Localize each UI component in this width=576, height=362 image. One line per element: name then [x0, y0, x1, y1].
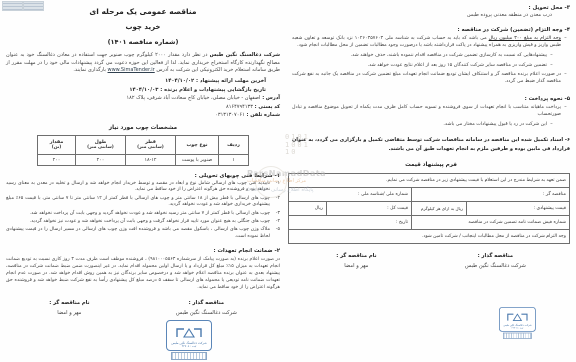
opening-date-value: ۱۴۰۴/۱۰/۰۳ — [129, 87, 158, 93]
price-proposal-form: ضمن تعهد به شرایط مندرج در این استعلام ب… — [288, 173, 570, 244]
phone-line: شماره تلفن : ۰۳۱۳۱۳۰۷۰۶۱ — [6, 112, 280, 118]
section1-item: ۵-ملاک وزن چوب های ارسالی ، باسکول مقصد … — [6, 227, 280, 241]
employer-label: مناقصه گذار : — [465, 253, 526, 259]
stamp-logo-icon — [175, 327, 203, 338]
signature-row-right-page: مناقصه گذار : شرکت ذغالسنگ نگین طبس نام … — [292, 253, 570, 269]
signature-row-left-page: مناقصه گذار : شرکت ذغالسنگ نگین طبس نام … — [6, 300, 280, 316]
spec-header-row: ردیف نوع چوب قطر(سانتی متر) طول(سانتی مت… — [38, 136, 249, 155]
employer-label: مناقصه گذار : — [176, 300, 237, 306]
spec-length: ۲۰۰ — [76, 155, 126, 166]
form-price-unit: ریال به ازای هر کیلوگرم — [412, 202, 467, 216]
section4-item: –وجه التزام به مبلغ ۳۰۰ میلیون ریال می ب… — [292, 35, 570, 49]
postal-value: ۸۱۶۴۷۹۴۱۳۳ — [226, 104, 253, 110]
intro-tail: بارگذاری نمایند. — [73, 67, 107, 73]
phone-value: ۰۳۱۳۱۳۰۷۰۶۱ — [215, 112, 245, 118]
section4-item: –پیشنهادهایی که نسبت به کارسازی تضمین شر… — [292, 52, 556, 59]
bidder-signature-block: نام مناقصه گر : مهر و امضا — [49, 300, 89, 316]
section4-item: –تضمین شرکت در مناقصه سایر شرکت کنندگان … — [292, 62, 556, 69]
section1-item: ۴-چوب های جنگلی به هیچ عنوان مورد تایید … — [6, 219, 280, 226]
form-date-field[interactable]: تاریخ : — [288, 216, 411, 230]
form-obligation-text: وجه التزام شرکت در مناقصه از محل مطالبات… — [288, 230, 569, 244]
opening-date: تاریخ بازگشایی پیشنهادات و اعلام برنده :… — [6, 87, 266, 93]
postal-code-line: کد پستی : ۸۱۶۴۷۹۴۱۳۳ — [6, 104, 280, 110]
spec-col-diameter: قطر(سانتی متر) — [126, 136, 176, 155]
address-label: آدرس : — [260, 95, 280, 101]
document-left-column: مناقصه عمومی یک مرحله ای خرید چوب (شماره… — [0, 0, 288, 362]
form-obligation-row: وجه التزام شرکت در مناقصه از محل مطالبات… — [288, 230, 569, 244]
wood-spec-table: ردیف نوع چوب قطر(سانتی متر) طول(سانتی مت… — [37, 135, 249, 166]
employer-name: شرکت ذغالسنگ نگین طبس — [176, 310, 237, 316]
spec-wood-type: صنوبر با پوست — [176, 155, 219, 166]
section5-heading: ۵- نحوه پرداخت : — [292, 96, 570, 102]
phone-label: شماره تلفن : — [245, 112, 280, 118]
form-bidder-field[interactable]: مناقصه گر : — [412, 188, 570, 202]
employer-signature-block: مناقصه گذار : شرکت ذغالسنگ نگین طبس — [465, 253, 526, 269]
price-form-title: فرم پیشنهاد قیمت — [292, 162, 570, 168]
tender-title: مناقصه عمومی یک مرحله ای — [6, 7, 280, 16]
section2-body: در صورت اعلام برنده (به صورت پیامک از سر… — [6, 256, 280, 291]
section3-heading: ۳- محل تحویل : — [292, 5, 570, 11]
spec-col-length: طول(سانتی متر) — [76, 136, 126, 155]
section2-heading: ۲- ضمانت انجام تعهدات : — [6, 248, 280, 254]
section1-heading: ۱- شرایط فنی چوبهای تحویلی : — [6, 173, 280, 179]
bidder-label: نام مناقصه گر : — [336, 253, 376, 259]
employer-signature-block: مناقصه گذار : شرکت ذغالسنگ نگین طبس — [176, 300, 237, 316]
form-commitment-row: ضمن تعهد به شرایط مندرج در این استعلام ب… — [288, 174, 569, 188]
form-national-id-field[interactable]: شماره ملی /شناسه ملی : — [288, 188, 411, 202]
tender-document-page: مناقصه عمومی یک مرحله ای خرید چوب (شماره… — [0, 0, 576, 362]
form-identity-row: مناقصه گر : شماره ملی /شناسه ملی : — [288, 188, 569, 202]
form-total-field[interactable]: قیمت کل : — [327, 202, 412, 216]
stamp-footer-strip — [503, 333, 532, 339]
section1-item: ۳-چوب های ارسالی با قطر کمتر از ۷ سانتی … — [6, 211, 280, 218]
address-line: آدرس : اصفهان - خیابان مصلی، خیابان کاج … — [6, 95, 280, 101]
section4-heading: ۴- وجه التزام (تضمین) شرکت در مناقصه : — [292, 27, 570, 33]
bidder-sign: مهر و امضا — [49, 310, 89, 316]
spec-row-index: ۱ — [219, 155, 249, 166]
deadline-date: ۱۴۰۴/۱۰/۰۲ — [165, 78, 194, 84]
section4-item: –در صورت اعلام برنده مناقصه گر و استنکاف… — [292, 71, 570, 85]
company-stamp: شرکت ذغالسنگ نگین طبس ثبت : ۲۲۷۰۸ — [499, 307, 536, 339]
company-stamp: شرکت ذغالسنگ نگین طبس ثبت : ۲۲۷۰۸ — [166, 320, 212, 360]
postal-label: کد پستی : — [253, 104, 280, 110]
spec-col-quantity: مقدار(تن) — [38, 136, 76, 155]
spec-diameter: ۱۸-۱۲ — [126, 155, 176, 166]
tender-subject: خرید چوب — [6, 23, 280, 31]
opening-label: تاریخ بازگشایی پیشنهادات و اعلام برنده : — [158, 87, 266, 93]
section5-item: –پرداخت ماهیانه متناسب با انجام تعهدات ا… — [292, 104, 570, 118]
section1-item: ۲-چوب های ارسالی با قطر بیش از ۱۸ سانتی … — [6, 196, 280, 210]
section3-body: درب معدن در منطقه معدنی پروده طبس — [292, 12, 552, 20]
form-commitment-text: ضمن تعهد به شرایط مندرج در این استعلام ب… — [288, 174, 569, 188]
form-receipt-row: شماره فیش ضمانت نامه تضمین شرکت در مناقص… — [288, 216, 569, 230]
section5-item: –این شرکت در رد یا قبول پیشنهادات مختار … — [292, 121, 556, 128]
guarantee-amount: وجه التزام به مبلغ ۳۰۰ میلیون ریال — [489, 36, 561, 41]
spec-table-title: مشخصات چوب مورد نیاز — [6, 125, 280, 131]
bidder-label: نام مناقصه گر : — [49, 300, 89, 306]
spec-col-type: نوع چوب — [176, 136, 219, 155]
spec-data-row: ۱ صنوبر با پوست ۱۸-۱۲ ۲۰۰ ۲۰۰ — [38, 155, 249, 166]
bidder-sign: مهر و امضا — [336, 263, 376, 269]
section1-item: ۱-تاییدیه فنی چوب های ارسالی شامل نوع و … — [6, 181, 280, 195]
stamp-logo-icon — [506, 312, 528, 321]
company-name: شرکت ذغالسنگ نگین طبس — [210, 52, 280, 58]
form-total-unit: ریال — [288, 202, 326, 216]
spec-col-row: ردیف — [219, 136, 249, 155]
intro-paragraph: شرکت ذغالسنگ نگین طبس در نظر دارد مقدار … — [6, 52, 280, 75]
address-value: اصفهان - خیابان مصلی، خیابان کاج سعادت آ… — [126, 95, 260, 101]
stamp-registration-number: ثبت : ۲۲۷۰۸ — [501, 327, 535, 330]
tender-website-link[interactable]: www.SimaTender.ir — [108, 67, 155, 73]
form-price-field[interactable]: قیمت پیشنهادی : — [467, 202, 570, 216]
stamp-registration-number: ثبت : ۲۲۷۰۸ — [168, 345, 210, 348]
spec-quantity: ۲۰۰ — [38, 155, 76, 166]
section6-body: ۶- اسناد تکمیل شده این مناقصه در سامانه … — [292, 136, 570, 153]
deadline-label: آخرین مهلت ارائه پیشنهاد : — [194, 78, 266, 84]
stamp-footer-strip — [171, 352, 207, 360]
form-receipt-field[interactable]: شماره فیش ضمانت نامه تضمین شرکت در مناقص… — [412, 216, 570, 230]
form-price-row: قیمت پیشنهادی : ریال به ازای هر کیلوگرم … — [288, 202, 569, 216]
employer-name: شرکت ذغالسنگ نگین طبس — [465, 263, 526, 269]
tender-number: (شماره مناقصه ۱۴۰۱) — [6, 38, 280, 46]
bidder-signature-block: نام مناقصه گر : مهر و امضا — [336, 253, 376, 269]
submission-deadline: آخرین مهلت ارائه پیشنهاد : ۱۴۰۴/۱۰/۰۲ — [6, 78, 266, 84]
